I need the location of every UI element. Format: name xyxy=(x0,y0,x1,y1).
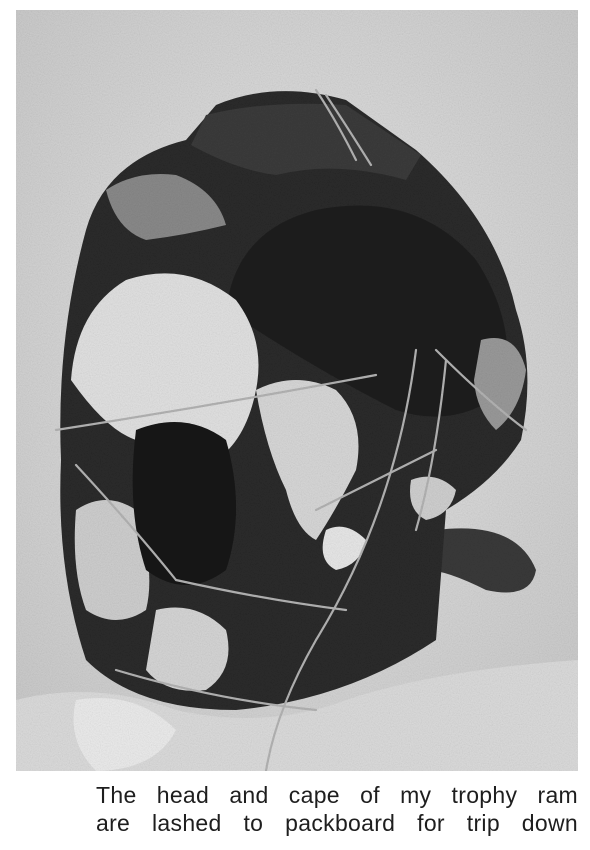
caption-line-1: The head and cape of my trophy ram xyxy=(96,781,578,809)
trophy-ram-photo xyxy=(16,10,578,771)
photo-caption: The head and cape of my trophy ram are l… xyxy=(96,781,578,837)
caption-line-2: are lashed to packboard for trip down xyxy=(96,809,578,837)
photo-illustration xyxy=(16,10,578,771)
